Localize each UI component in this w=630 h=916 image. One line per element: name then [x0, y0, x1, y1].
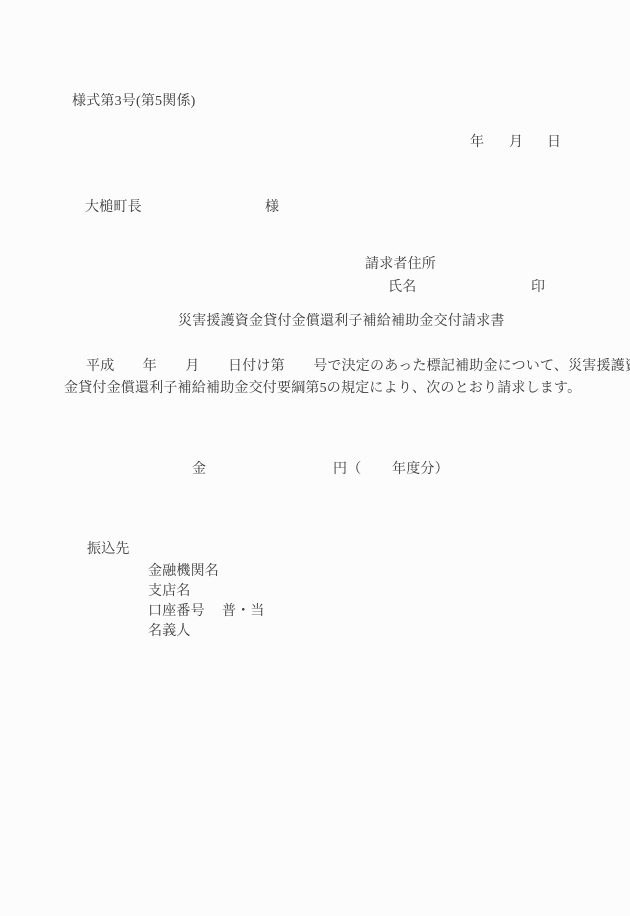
- amount-fiscal-year-label: 年度分）: [392, 462, 449, 478]
- requester-address-label: 請求者住所: [365, 257, 436, 273]
- document-title: 災害援護資金貸付金償還利子補給補助金交付請求書: [178, 314, 505, 330]
- addressee-honorific: 様: [265, 200, 279, 216]
- requester-name-label: 氏名: [388, 280, 416, 296]
- body-line-2: 金貸付金償還利子補給補助金交付要綱第5の規定により、次のとおり請求します。: [64, 381, 581, 397]
- account-type-label: 普・当: [222, 604, 265, 620]
- seal-label: 印: [531, 280, 545, 296]
- account-number-label: 口座番号: [148, 604, 205, 620]
- branch-name-label: 支店名: [148, 584, 191, 600]
- form-number: 様式第3号(第5関係): [72, 94, 196, 110]
- issue-date-year-label: 年: [470, 135, 484, 151]
- body-line-1: 平成 年 月 日付け第 号で決定のあった標記補助金について、災害援護資: [86, 359, 630, 375]
- transfer-heading: 振込先: [87, 542, 130, 558]
- amount-unit-label: 円（: [333, 462, 361, 478]
- amount-prefix-label: 金: [192, 462, 206, 478]
- addressee-name: 大槌町長: [85, 200, 142, 216]
- issue-date-day-label: 日: [547, 135, 561, 151]
- form-page: 様式第3号(第5関係) 年 月 日 大槌町長 様 請求者住所 氏名 印 災害援護…: [0, 0, 630, 916]
- bank-name-label: 金融機関名: [148, 564, 219, 580]
- account-holder-label: 名義人: [148, 624, 191, 640]
- issue-date-month-label: 月: [509, 135, 523, 151]
